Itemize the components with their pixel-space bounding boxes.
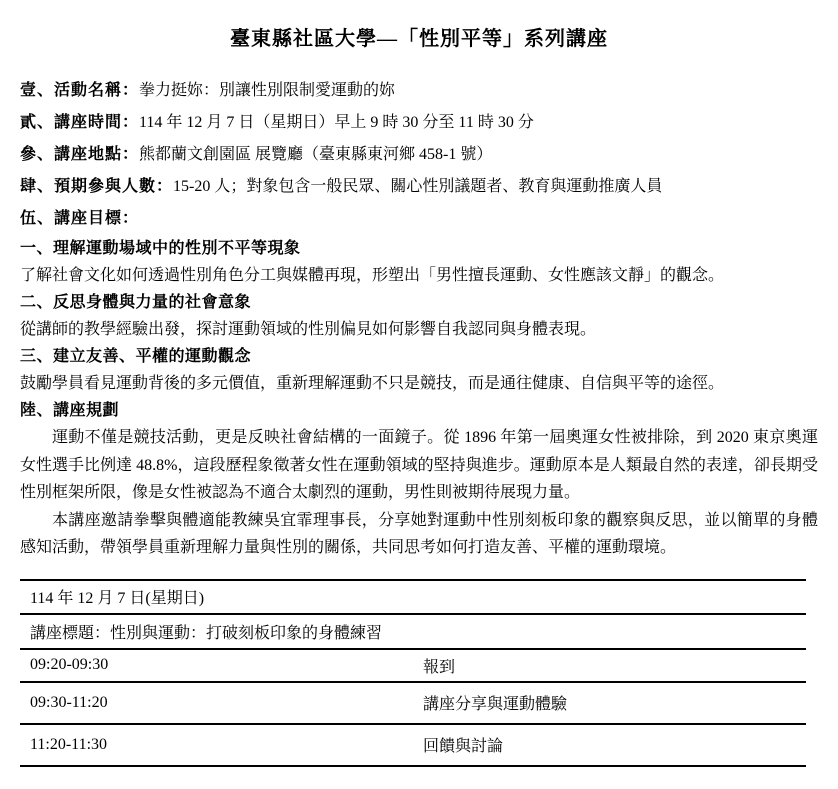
schedule-row: 11:20-11:30 回饋與討論 <box>20 724 806 766</box>
info-item-goals-header: 伍、講座目標： <box>20 203 818 235</box>
schedule-time: 11:20-11:30 <box>20 724 413 766</box>
info-item-time: 貳、講座時間：114 年 12 月 7 日（星期日）早上 9 時 30 分至 1… <box>20 107 818 139</box>
goal-body: 了解社會文化如何透過性別角色分工與媒體再現，形塑出「男性擅長運動、女性應該文靜」… <box>20 262 818 289</box>
schedule-date: 114 年 12 月 7 日(星期日) <box>20 580 806 614</box>
schedule-date-row: 114 年 12 月 7 日(星期日) <box>20 580 806 614</box>
info-value: 15-20 人；對象包含一般民眾、關心性別議題者、教育與運動推廣人員 <box>173 178 662 195</box>
info-label: 參、講座地點： <box>20 146 139 163</box>
goal-item-3: 三、建立友善、平權的運動觀念 鼓勵學員看見運動背後的多元價值，重新理解運動不只是… <box>20 343 818 397</box>
goal-body: 鼓勵學員看見運動背後的多元價值，重新理解運動不只是競技，而是通往健康、自信與平等… <box>20 370 818 397</box>
goal-item-1: 一、理解運動場域中的性別不平等現象 了解社會文化如何透過性別角色分工與媒體再現，… <box>20 235 818 289</box>
info-value: 114 年 12 月 7 日（星期日）早上 9 時 30 分至 11 時 30 … <box>139 114 534 131</box>
info-item-location: 參、講座地點：熊都蘭文創園區 展覽廳（臺東縣東河鄉 458-1 號） <box>20 139 818 171</box>
schedule-activity: 報到 <box>413 649 806 682</box>
info-value: 拳力挺妳：別讓性別限制愛運動的妳 <box>139 82 395 99</box>
schedule-table: 114 年 12 月 7 日(星期日) 講座標題：性別與運動：打破刻板印象的身體… <box>20 579 806 767</box>
goal-heading: 三、建立友善、平權的運動觀念 <box>20 343 818 370</box>
goal-heading: 二、反思身體與力量的社會意象 <box>20 289 818 316</box>
info-label: 貳、講座時間： <box>20 114 139 131</box>
schedule-row: 09:30-11:20 講座分享與運動體驗 <box>20 682 806 724</box>
page-title: 臺東縣社區大學—「性別平等」系列講座 <box>20 22 818 51</box>
info-label: 伍、講座目標： <box>20 210 139 227</box>
goal-item-2: 二、反思身體與力量的社會意象 從講師的教學經驗出發，探討運動領域的性別偏見如何影… <box>20 289 818 343</box>
schedule-topic-row: 講座標題：性別與運動：打破刻板印象的身體練習 <box>20 614 806 649</box>
plan-heading: 陸、講座規劃 <box>20 397 818 424</box>
plan-paragraph-2: 本講座邀請拳擊與體適能教練吳宜霏理事長，分享她對運動中性別刻板印象的觀察與反思，… <box>20 507 818 562</box>
info-label: 壹、活動名稱： <box>20 82 139 99</box>
schedule-time: 09:30-11:20 <box>20 682 413 724</box>
schedule-time: 09:20-09:30 <box>20 649 413 682</box>
plan-section: 陸、講座規劃 運動不僅是競技活動，更是反映社會結構的一面鏡子。從 1896 年第… <box>20 397 818 562</box>
schedule-activity: 講座分享與運動體驗 <box>413 682 806 724</box>
schedule-row: 09:20-09:30 報到 <box>20 649 806 682</box>
goal-body: 從講師的教學經驗出發，探討運動領域的性別偏見如何影響自我認同與身體表現。 <box>20 316 818 343</box>
info-item-participants: 肆、預期參與人數：15-20 人；對象包含一般民眾、關心性別議題者、教育與運動推… <box>20 171 818 203</box>
info-list: 壹、活動名稱：拳力挺妳：別讓性別限制愛運動的妳 貳、講座時間：114 年 12 … <box>20 75 818 235</box>
info-item-activity-name: 壹、活動名稱：拳力挺妳：別讓性別限制愛運動的妳 <box>20 75 818 107</box>
schedule-topic: 講座標題：性別與運動：打破刻板印象的身體練習 <box>20 614 806 649</box>
info-value: 熊都蘭文創園區 展覽廳（臺東縣東河鄉 458-1 號） <box>139 146 492 163</box>
schedule-activity: 回饋與討論 <box>413 724 806 766</box>
plan-paragraph-1: 運動不僅是競技活動，更是反映社會結構的一面鏡子。從 1896 年第一屆奧運女性被… <box>20 424 818 507</box>
goal-heading: 一、理解運動場域中的性別不平等現象 <box>20 235 818 262</box>
document-page: 臺東縣社區大學—「性別平等」系列講座 壹、活動名稱：拳力挺妳：別讓性別限制愛運動… <box>0 0 838 789</box>
info-label: 肆、預期參與人數： <box>20 178 173 195</box>
goals-section: 一、理解運動場域中的性別不平等現象 了解社會文化如何透過性別角色分工與媒體再現，… <box>20 235 818 397</box>
